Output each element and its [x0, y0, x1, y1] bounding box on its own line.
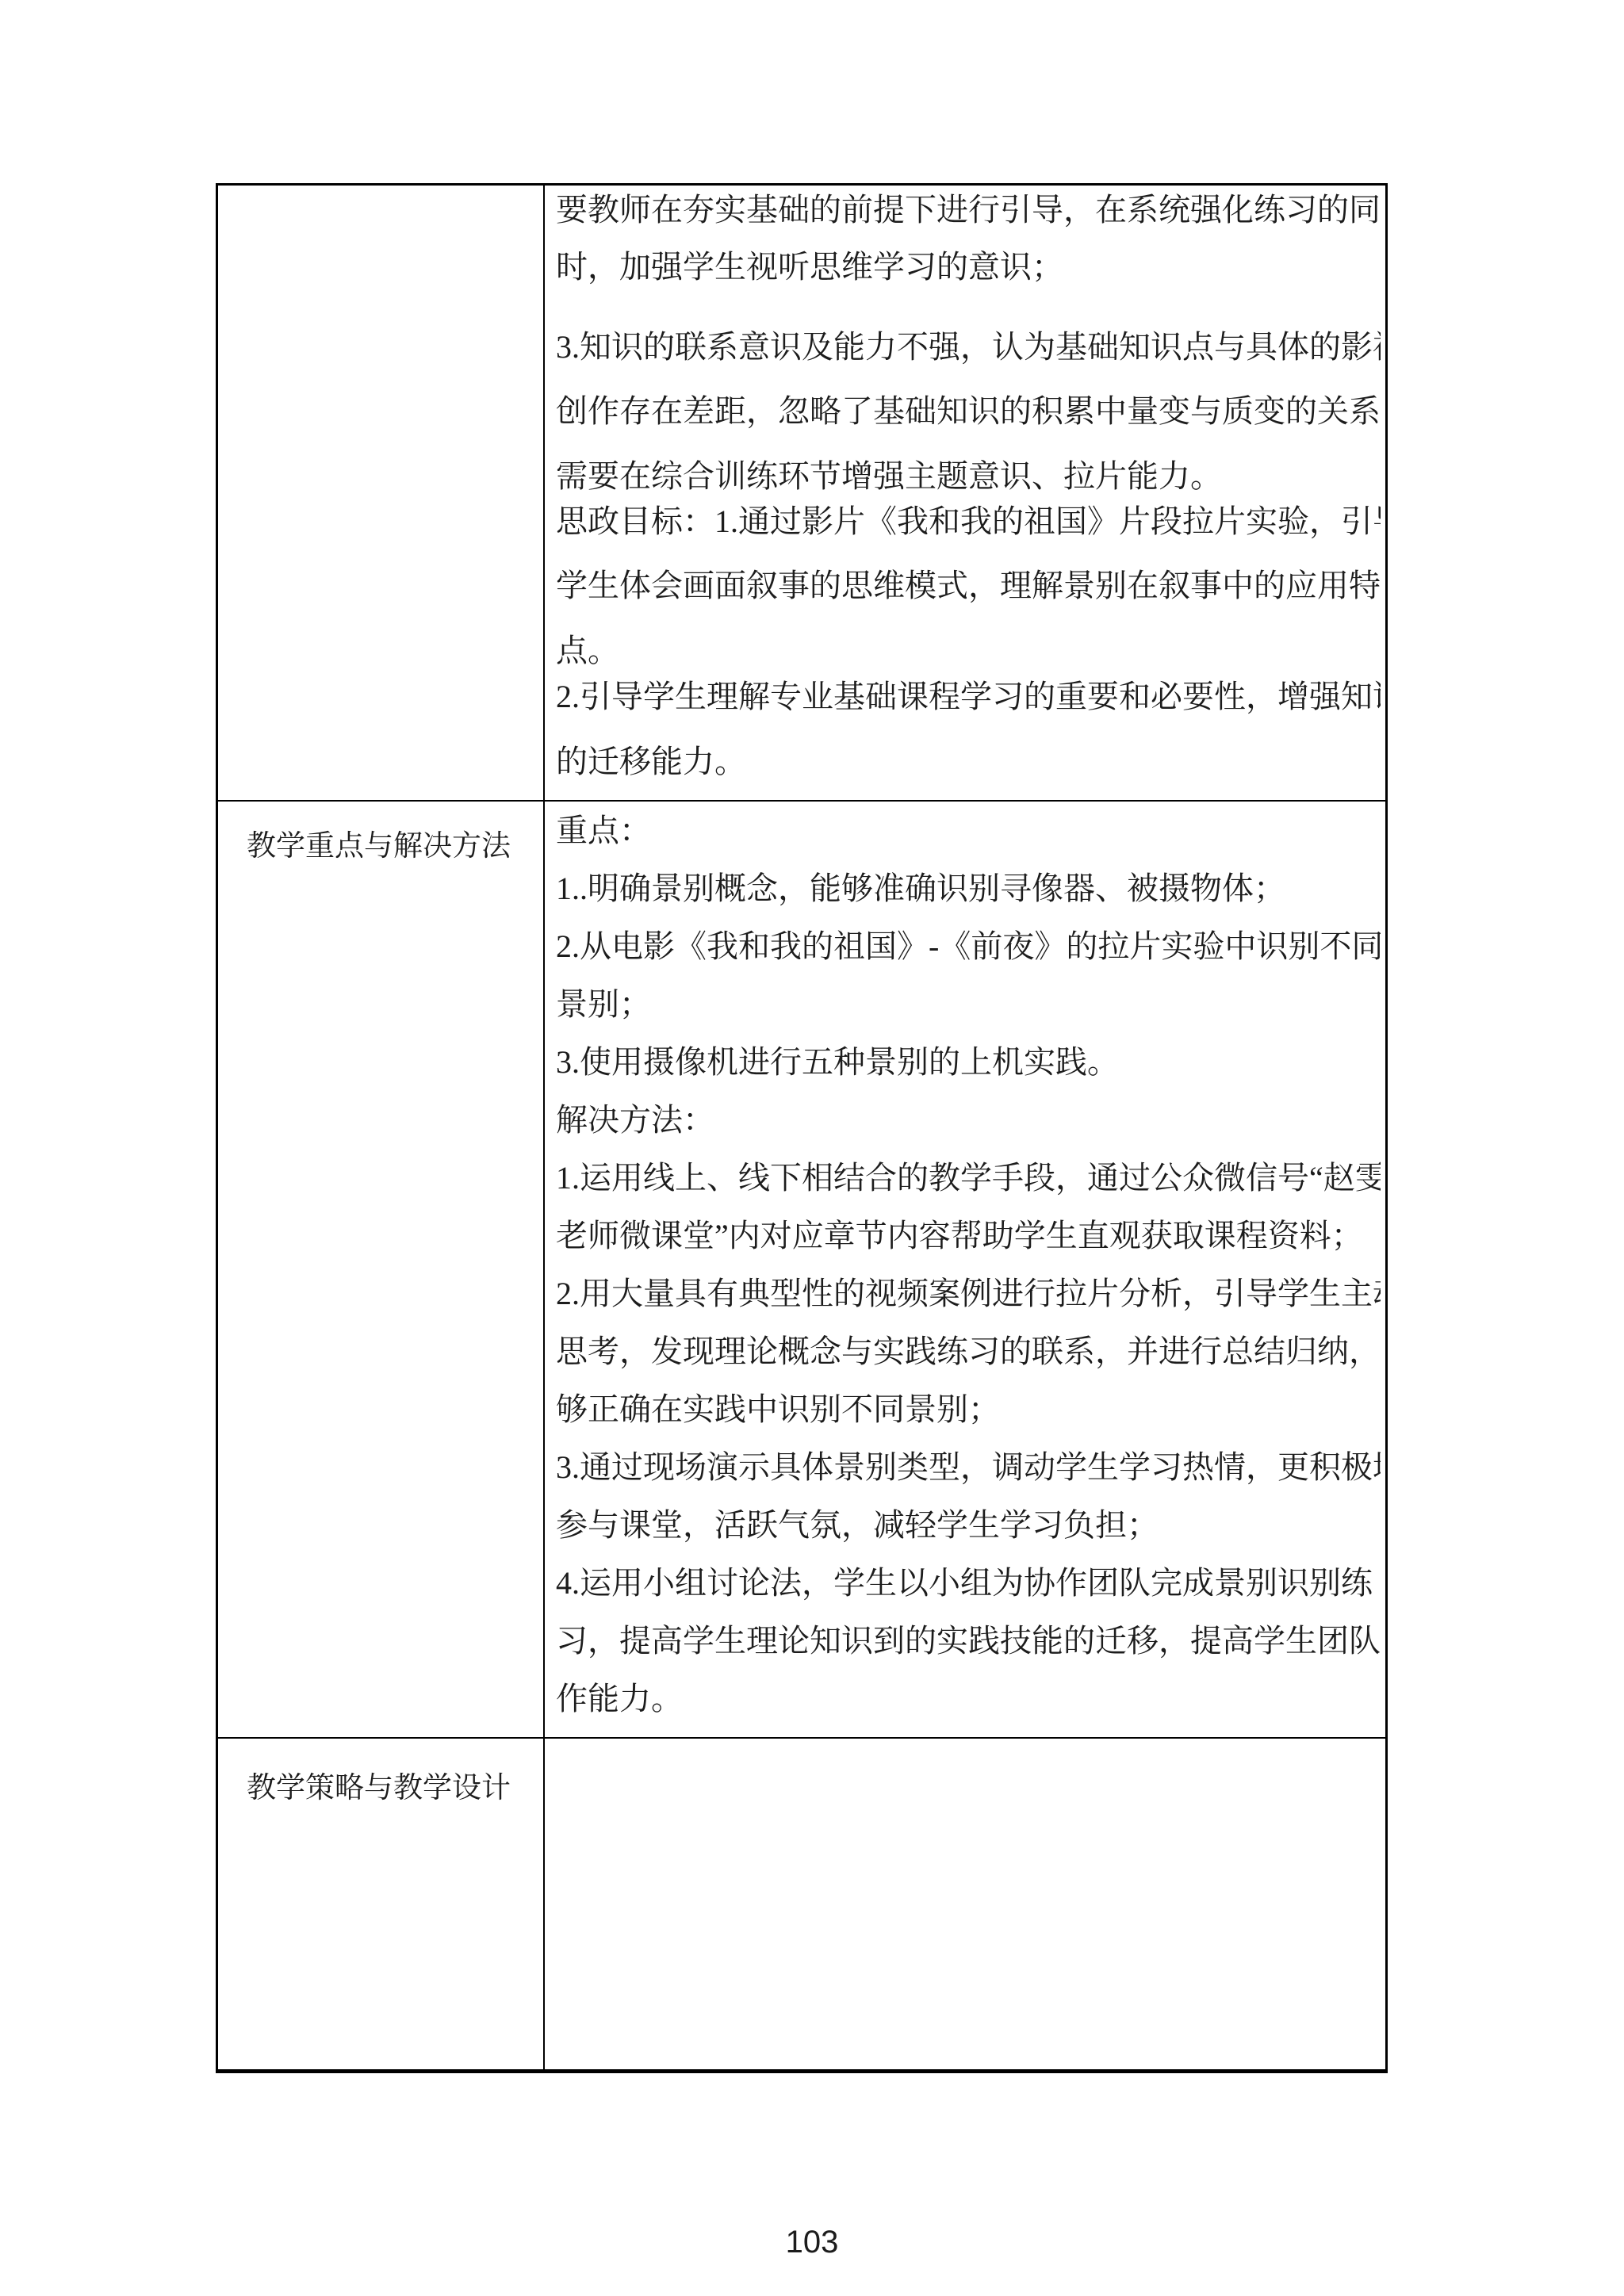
text-line: 的迁移能力。	[556, 737, 1381, 791]
row1-label-cell	[218, 186, 545, 802]
text-line: 够正确在实践中识别不同景别；	[556, 1380, 1381, 1438]
text-line: 3.通过现场演示具体景别类型，调动学生学习热情，更积极地	[556, 1438, 1381, 1496]
text-line: 2.从电影《我和我的祖国》-《前夜》的拉片实验中识别不同	[556, 917, 1381, 975]
text-line: 4.运用小组讨论法，学生以小组为协作团队完成景别识别练	[556, 1554, 1381, 1612]
text-line: 要教师在夯实基础的前提下进行引导，在系统强化练习的同	[556, 186, 1381, 243]
lesson-plan-table: 要教师在夯实基础的前提下进行引导，在系统强化练习的同 时，加强学生视听思维学习的…	[216, 183, 1388, 2073]
row3-label-cell: 教学策略与教学设计	[218, 1739, 545, 2069]
text-line: 老师微课堂”内对应章节内容帮助学生直观获取课程资料；	[556, 1207, 1381, 1265]
text-line: 2.引导学生理解专业基础课程学习的重要和必要性，增强知识	[556, 672, 1381, 737]
text-line: 重点：	[556, 802, 1381, 859]
text-line: 1.运用线上、线下相结合的教学手段，通过公众微信号“赵雯	[556, 1149, 1381, 1207]
text-line: 时，加强学生视听思维学习的意识；	[556, 243, 1381, 323]
text-line: 2.用大量具有典型性的视频案例进行拉片分析，引导学生主动	[556, 1265, 1381, 1322]
text-line: 3.使用摄像机进行五种景别的上机实践。	[556, 1033, 1381, 1091]
text-line: 思政目标：1.通过影片《我和我的祖国》片段拉片实验，引导	[556, 497, 1381, 561]
document-page: 要教师在夯实基础的前提下进行引导，在系统强化练习的同 时，加强学生视听思维学习的…	[0, 0, 1624, 2296]
row2-content-cell: 重点： 1..明确景别概念，能够准确识别寻像器、被摄物体； 2.从电影《我和我的…	[545, 802, 1385, 1739]
row3-content-cell	[545, 1739, 1385, 2069]
text-line: 3.知识的联系意识及能力不强，认为基础知识点与具体的影视	[556, 323, 1381, 387]
text-line: 作能力。	[556, 1670, 1381, 1728]
row1-content-cell: 要教师在夯实基础的前提下进行引导，在系统强化练习的同 时，加强学生视听思维学习的…	[545, 186, 1385, 802]
page-number: 103	[0, 2225, 1624, 2260]
text-line: 参与课堂，活跃气氛，减轻学生学习负担；	[556, 1496, 1381, 1554]
row2-label-cell: 教学重点与解决方法	[218, 802, 545, 1739]
text-line: 创作存在差距，忽略了基础知识的积累中量变与质变的关系，	[556, 387, 1381, 452]
row-label: 教学重点与解决方法	[218, 817, 543, 875]
text-line: 景别；	[556, 975, 1381, 1033]
text-line: 学生体会画面叙事的思维模式，理解景别在叙事中的应用特	[556, 561, 1381, 626]
text-line: 习，提高学生理论知识到的实践技能的迁移，提高学生团队合	[556, 1612, 1381, 1670]
text-line: 1..明确景别概念，能够准确识别寻像器、被摄物体；	[556, 859, 1381, 917]
text-line: 点。	[556, 626, 1381, 672]
text-line: 解决方法：	[556, 1091, 1381, 1149]
row-label: 教学策略与教学设计	[218, 1759, 543, 1817]
text-line: 思考，发现理论概念与实践练习的联系，并进行总结归纳，能	[556, 1322, 1381, 1380]
text-line: 需要在综合训练环节增强主题意识、拉片能力。	[556, 452, 1381, 497]
